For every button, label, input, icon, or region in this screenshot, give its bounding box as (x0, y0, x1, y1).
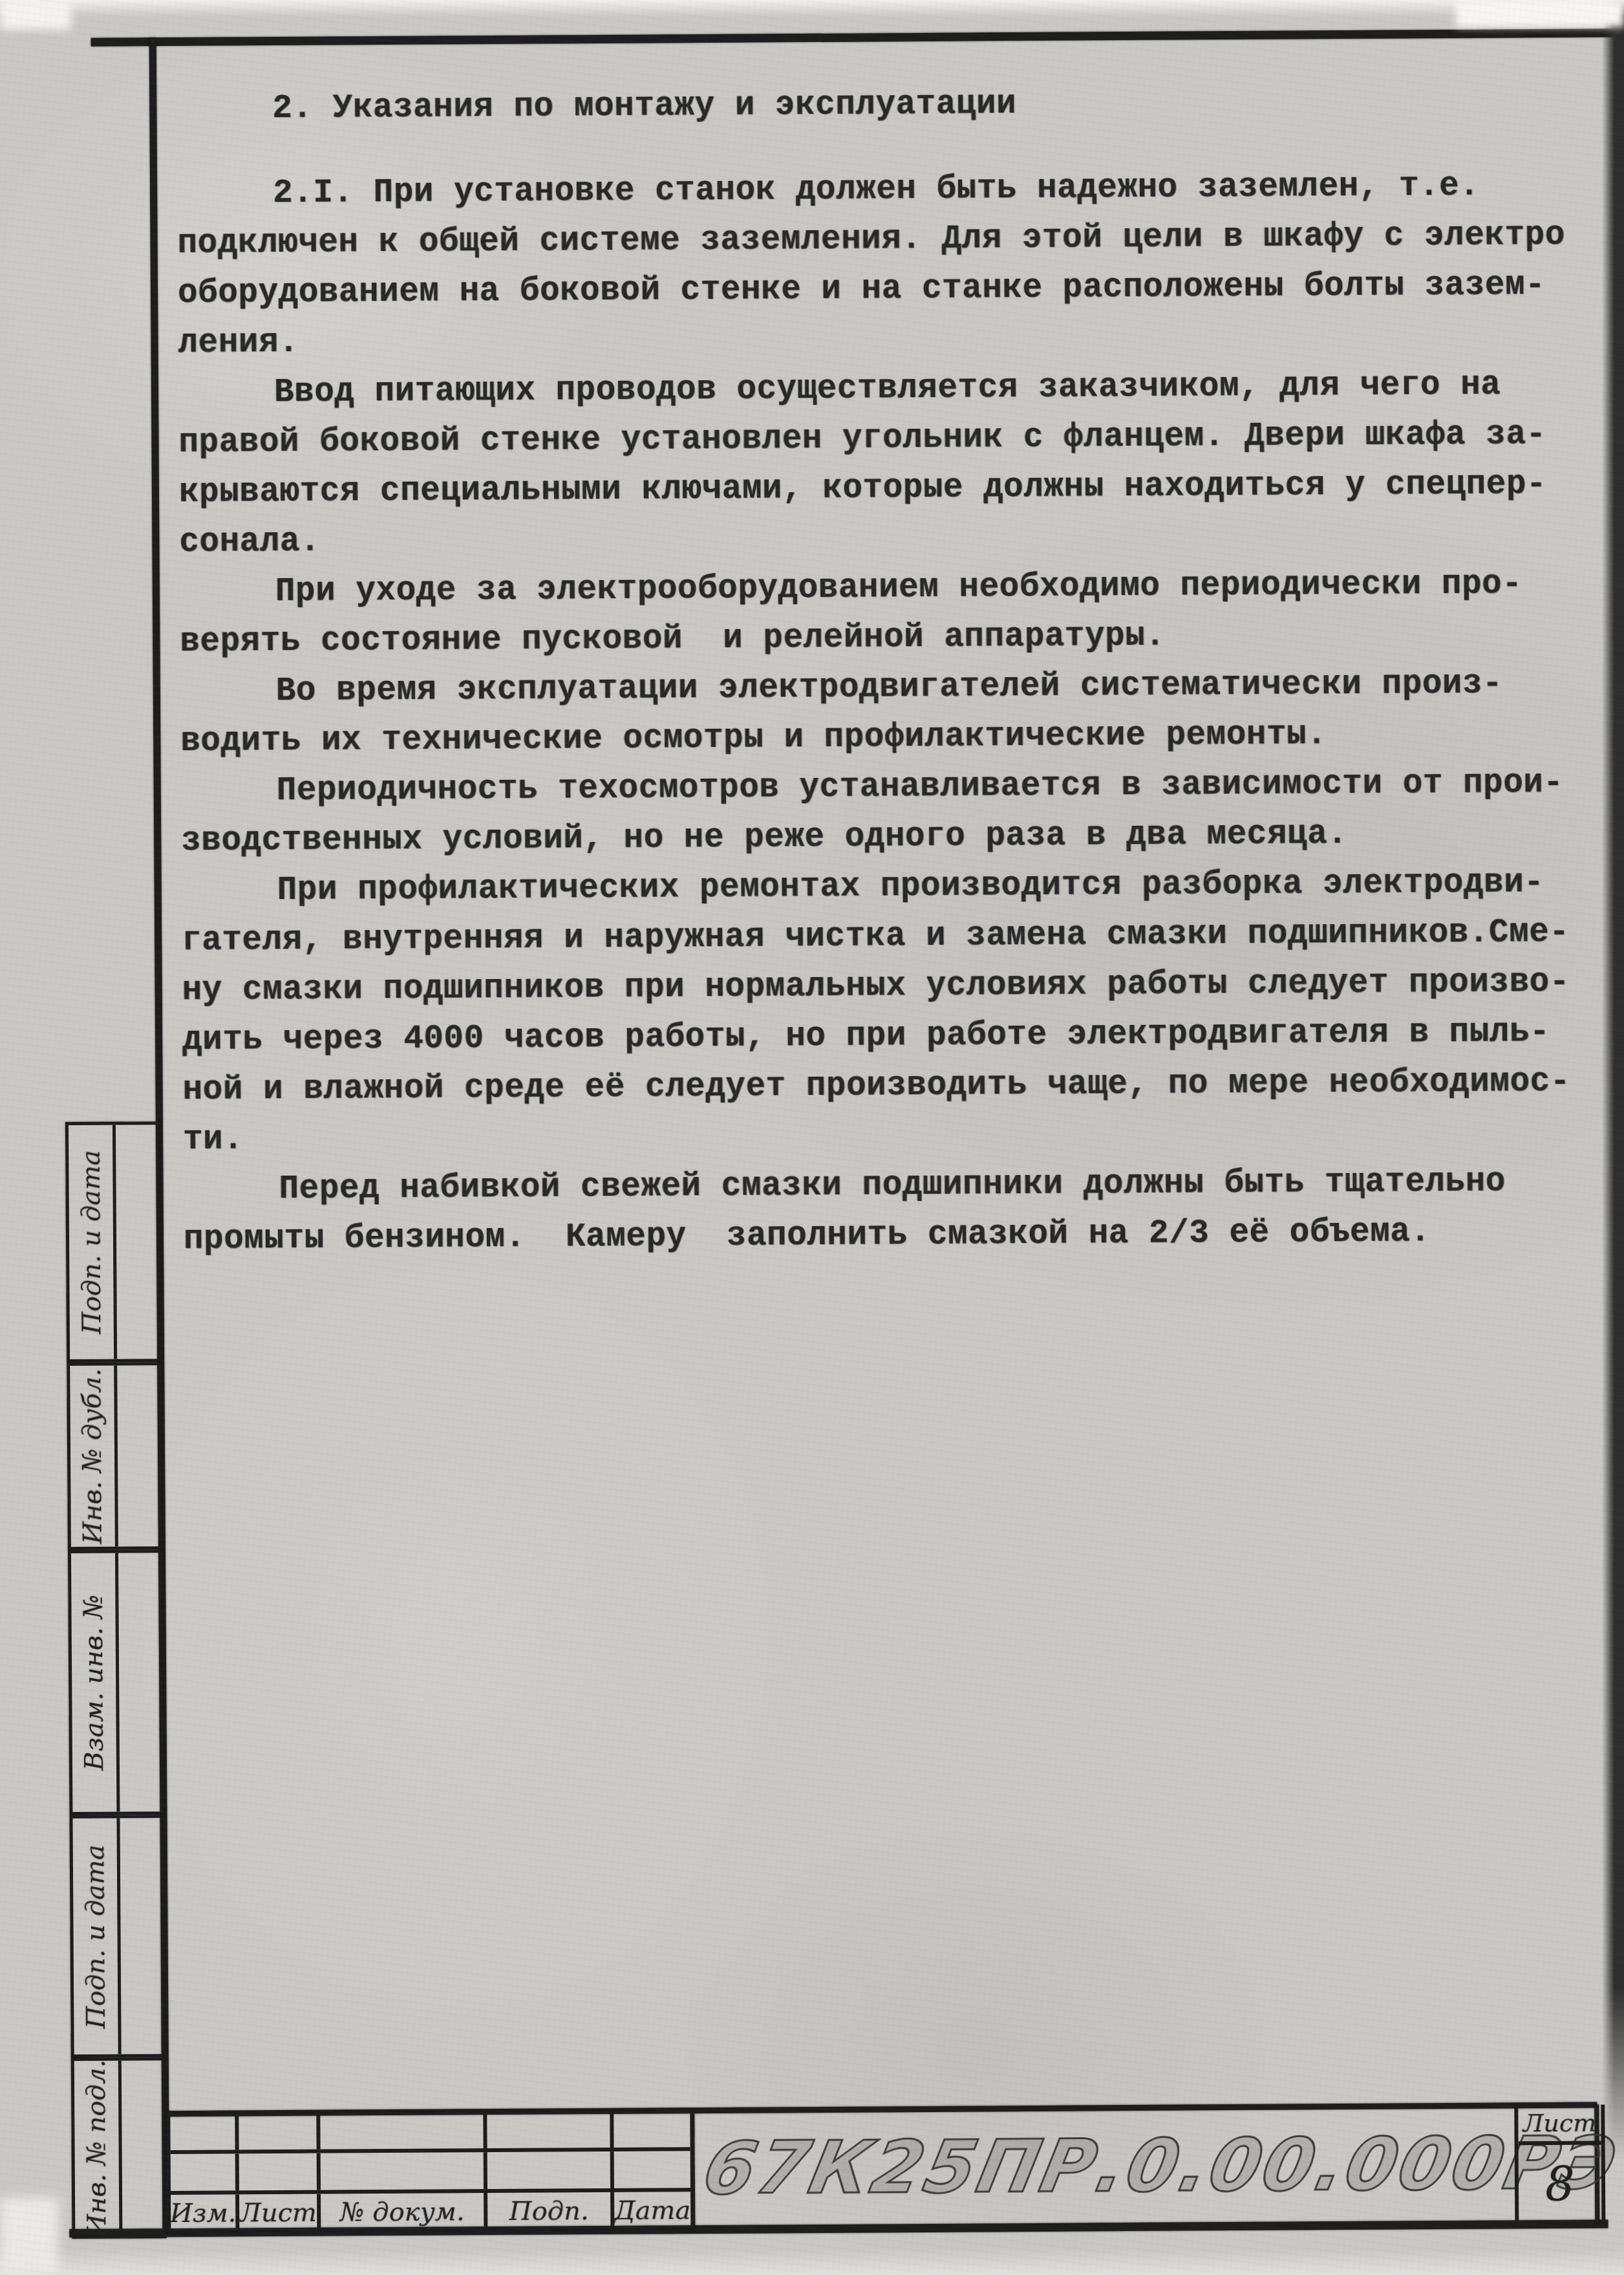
body-text-line: ления. (178, 310, 1624, 369)
drawing-sheet: 2. Указания по монтажу и эксплуатации 2.… (0, 0, 1624, 2275)
scan-highlight-bottom-left-corner (0, 2197, 58, 2275)
body-text-line: Во время эксплуатации электродвигателей … (180, 658, 1624, 717)
body-text-line: 2.I. При установке станок должен быть на… (177, 160, 1624, 219)
sidebar-label: Взам. инв. № (78, 1595, 109, 1771)
scan-highlight-top-right-corner (1456, 0, 1624, 27)
body-text-line: При профилактических ремонтах производит… (181, 857, 1624, 916)
scan-highlight-bottom-edge (0, 2249, 1624, 2275)
body-text-line: ти. (183, 1106, 1624, 1165)
body-text-line: верять состояние пусковой и релейной апп… (180, 609, 1624, 667)
body-text-line: Ввод питающих проводов осуществляется за… (178, 360, 1624, 418)
body-text-line: зводственных условий, но не реже одного … (181, 808, 1624, 867)
sidebar-box-inv-n-dubl: Инв. № дубл. (67, 1362, 162, 1550)
sidebar-box-inv-n-podl: Инв. № подл. (71, 2057, 167, 2239)
rev-col-podp: Подп. (487, 2192, 614, 2230)
document-number: 67К25ПР.0.00.000РЭ (696, 2122, 1515, 2211)
body-text-line: ной и влажной среде её следует производи… (182, 1057, 1624, 1116)
body-text-line: ну смазки подшипников при нормальных усл… (182, 957, 1624, 1016)
revision-row-empty (171, 2151, 690, 2195)
sidebar-label: Подп. и дата (80, 1844, 111, 2029)
frame-top-line (91, 28, 1618, 46)
sidebar-label: Инв. № подл. (81, 2060, 112, 2237)
body-text-line: гателя, внутренняя и наружная чистка и з… (182, 907, 1624, 966)
body-text-line: дить через 4000 часов работы, но при раб… (182, 1007, 1624, 1066)
body-text-line: оборудованием на боковой стенке и на ста… (178, 260, 1624, 319)
rev-col-data: Дата (614, 2192, 690, 2229)
revision-header-row: Изм. Лист № докум. Подп. Дата (171, 2192, 690, 2232)
sheet-number-box: Лист 8 (1514, 2105, 1605, 2224)
rev-col-list: Лист (239, 2194, 321, 2232)
sheet-label: Лист (1518, 2106, 1601, 2140)
sidebar-box-vzam-inv-n: Взам. инв. № (68, 1549, 164, 1815)
sidebar-box-podp-i-data-bottom: Подп. и дата (69, 1815, 165, 2058)
body-text-line: водить их технические осмотры и профилак… (180, 708, 1624, 767)
body-text-line: крываются специальными ключами, которые … (179, 459, 1624, 518)
body-text-line: Перед набивкой свежей смазки подшипники … (183, 1156, 1624, 1215)
scan-shadow-right-edge (1602, 0, 1624, 2160)
body-text-line: При уходе за электрооборудованием необхо… (180, 559, 1624, 618)
body-text-line: сонала. (179, 509, 1624, 568)
revision-table: Изм. Лист № докум. Подп. Дата (166, 2110, 695, 2232)
body-text-line: подключен к общей системе заземления. Дл… (177, 210, 1624, 269)
scan-highlight-top-edge (0, 0, 1624, 17)
rev-col-dokum: № докум. (321, 2193, 487, 2231)
sheet-number: 8 (1519, 2145, 1602, 2224)
body-text-line: промыты бензином. Камеру заполнить смазк… (184, 1206, 1624, 1265)
scanned-page: { "document": { "title": "2. Указания по… (0, 0, 1624, 2275)
sidebar-label: Подп. и дата (76, 1150, 107, 1334)
body-text-line: правой боковой стенке установлен угольни… (178, 409, 1624, 468)
sidebar-box-podp-i-data-top: Подп. и дата (65, 1121, 161, 1363)
scan-highlight-top-left-corner (0, 0, 71, 30)
section-title: 2. Указания по монтажу и эксплуатации (272, 86, 1016, 127)
body-text: 2.I. При установке станок должен быть на… (177, 160, 1624, 1265)
revision-row-empty (170, 2110, 690, 2154)
sidebar-label: Инв. № дубл. (77, 1368, 108, 1544)
body-text-line: Периодичность техосмотров устанавливаетс… (181, 758, 1624, 817)
rev-col-izm: Изм. (171, 2194, 239, 2232)
